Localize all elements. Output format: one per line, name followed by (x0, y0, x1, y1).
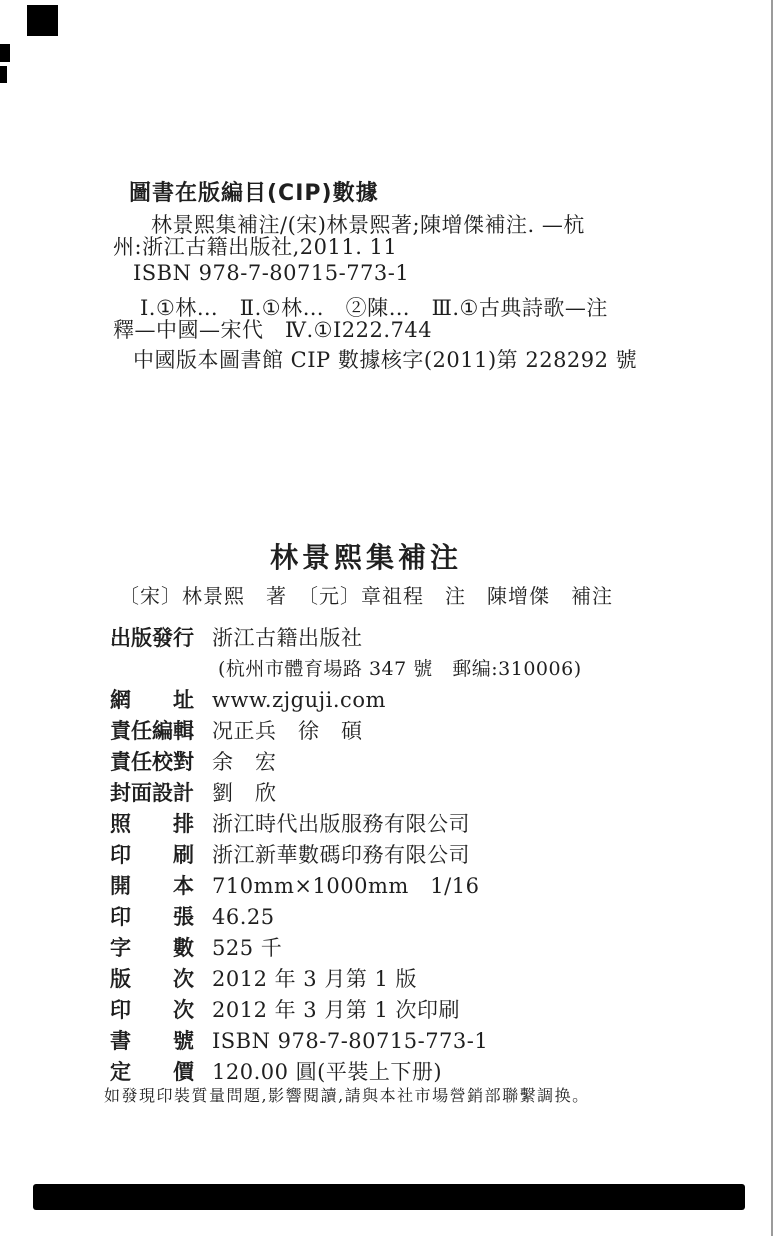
row-value: 46.25 (212, 906, 275, 928)
row-label: 責任校對 (110, 751, 198, 773)
colophon-row-price: 定 價 120.00 圓(平裝上下册) (110, 1061, 730, 1083)
row-label: 版 次 (110, 968, 198, 990)
colophon-row-sheets: 印 張 46.25 (110, 906, 730, 928)
cip-record-line: 中國版本圖書館 CIP 數據核字(2011)第 228292 號 (133, 349, 637, 372)
row-value: 余 宏 (212, 751, 277, 773)
row-value: 120.00 圓(平裝上下册) (212, 1061, 442, 1083)
copyright-page: 圖書在版編目(CIP)數據 林景熙集補注/(宋)林景熙著;陳增傑補注. —杭 州… (0, 0, 774, 1236)
row-label: 定 價 (110, 1061, 198, 1083)
colophon: 出版發行 浙江古籍出版社 (杭州市體育場路 347 號 郵编:310006) 網… (110, 627, 730, 1092)
colophon-row-editor: 責任編輯 况正兵 徐 碩 (110, 720, 730, 742)
row-label: 照 排 (110, 813, 198, 835)
colophon-row-typesetting: 照 排 浙江時代出版服務有限公司 (110, 813, 730, 835)
row-label: 印 刷 (110, 844, 198, 866)
colophon-row-edition: 版 次 2012 年 3 月第 1 版 (110, 968, 730, 990)
row-label: 責任編輯 (110, 720, 198, 742)
row-value: 浙江時代出版服務有限公司 (212, 813, 470, 835)
scan-artifact-tick-1 (0, 44, 10, 62)
colophon-row-proofreader: 責任校對 余 宏 (110, 751, 730, 773)
website-url: www.zjguji.com (212, 689, 386, 711)
colophon-row-printing: 印 刷 浙江新華數碼印務有限公司 (110, 844, 730, 866)
row-label: 出版發行 (110, 627, 198, 680)
row-value: 525 千 (212, 937, 282, 959)
row-label: 字 數 (110, 937, 198, 959)
cip-classification-line2: 釋—中國—宋代 Ⅳ.①I222.744 (113, 319, 432, 342)
cip-entry-line2: 州:浙江古籍出版社,2011. 11 (113, 236, 397, 259)
row-value: 劉 欣 (212, 782, 277, 804)
row-label: 開 本 (110, 875, 198, 897)
row-value: 2012 年 3 月第 1 版 (212, 968, 417, 990)
row-label: 印 張 (110, 906, 198, 928)
colophon-row-publisher: 出版發行 浙江古籍出版社 (杭州市體育場路 347 號 郵编:310006) (110, 627, 730, 680)
colophon-row-website: 網 址 www.zjguji.com (110, 689, 730, 711)
row-value: ISBN 978-7-80715-773-1 (212, 1030, 488, 1052)
byline: 〔宋〕林景熙 著 〔元〕章祖程 注 陳增傑 補注 (60, 584, 672, 608)
cip-header: 圖書在版編目(CIP)數據 (129, 182, 379, 205)
row-label: 封面設計 (110, 782, 198, 804)
publisher-name: 浙江古籍出版社 (212, 627, 582, 649)
cip-entry-line1: 林景熙集補注/(宋)林景熙著;陳增傑補注. —杭 (151, 214, 585, 237)
publisher-address: (杭州市體育場路 347 號 郵编:310006) (198, 658, 582, 680)
row-value-group: 浙江古籍出版社 (杭州市體育場路 347 號 郵编:310006) (198, 627, 582, 680)
row-value: 况正兵 徐 碩 (212, 720, 363, 742)
row-value: 浙江新華數碼印務有限公司 (212, 844, 470, 866)
colophon-row-impression: 印 次 2012 年 3 月第 1 次印刷 (110, 999, 730, 1021)
colophon-row-format: 開 本 710mm×1000mm 1/16 (110, 875, 730, 897)
cip-isbn-line: ISBN 978-7-80715-773-1 (133, 262, 409, 285)
title-block: 林景熙集補注 〔宋〕林景熙 著 〔元〕章祖程 注 陳增傑 補注 (60, 542, 672, 608)
page-edge-line (771, 0, 773, 1236)
row-value: 710mm×1000mm 1/16 (212, 875, 479, 897)
row-label: 印 次 (110, 999, 198, 1021)
colophon-row-cover-design: 封面設計 劉 欣 (110, 782, 730, 804)
scan-artifact-tick-2 (0, 66, 7, 83)
row-label: 書 號 (110, 1030, 198, 1052)
cip-classification-line1: Ⅰ.①林… Ⅱ.①林… ②陳… Ⅲ.①古典詩歌—注 (140, 297, 608, 320)
row-label: 網 址 (110, 689, 198, 711)
colophon-row-isbn: 書 號 ISBN 978-7-80715-773-1 (110, 1030, 730, 1052)
row-value: 2012 年 3 月第 1 次印刷 (212, 999, 460, 1021)
colophon-row-word-count: 字 數 525 千 (110, 937, 730, 959)
scan-artifact-square (27, 5, 58, 36)
footer-note: 如發現印裝質量問題,影響閱讀,請與本社市場營銷部聯繫調换。 (104, 1086, 590, 1106)
scan-artifact-bottom-bar (33, 1184, 745, 1210)
book-title: 林景熙集補注 (60, 542, 672, 574)
